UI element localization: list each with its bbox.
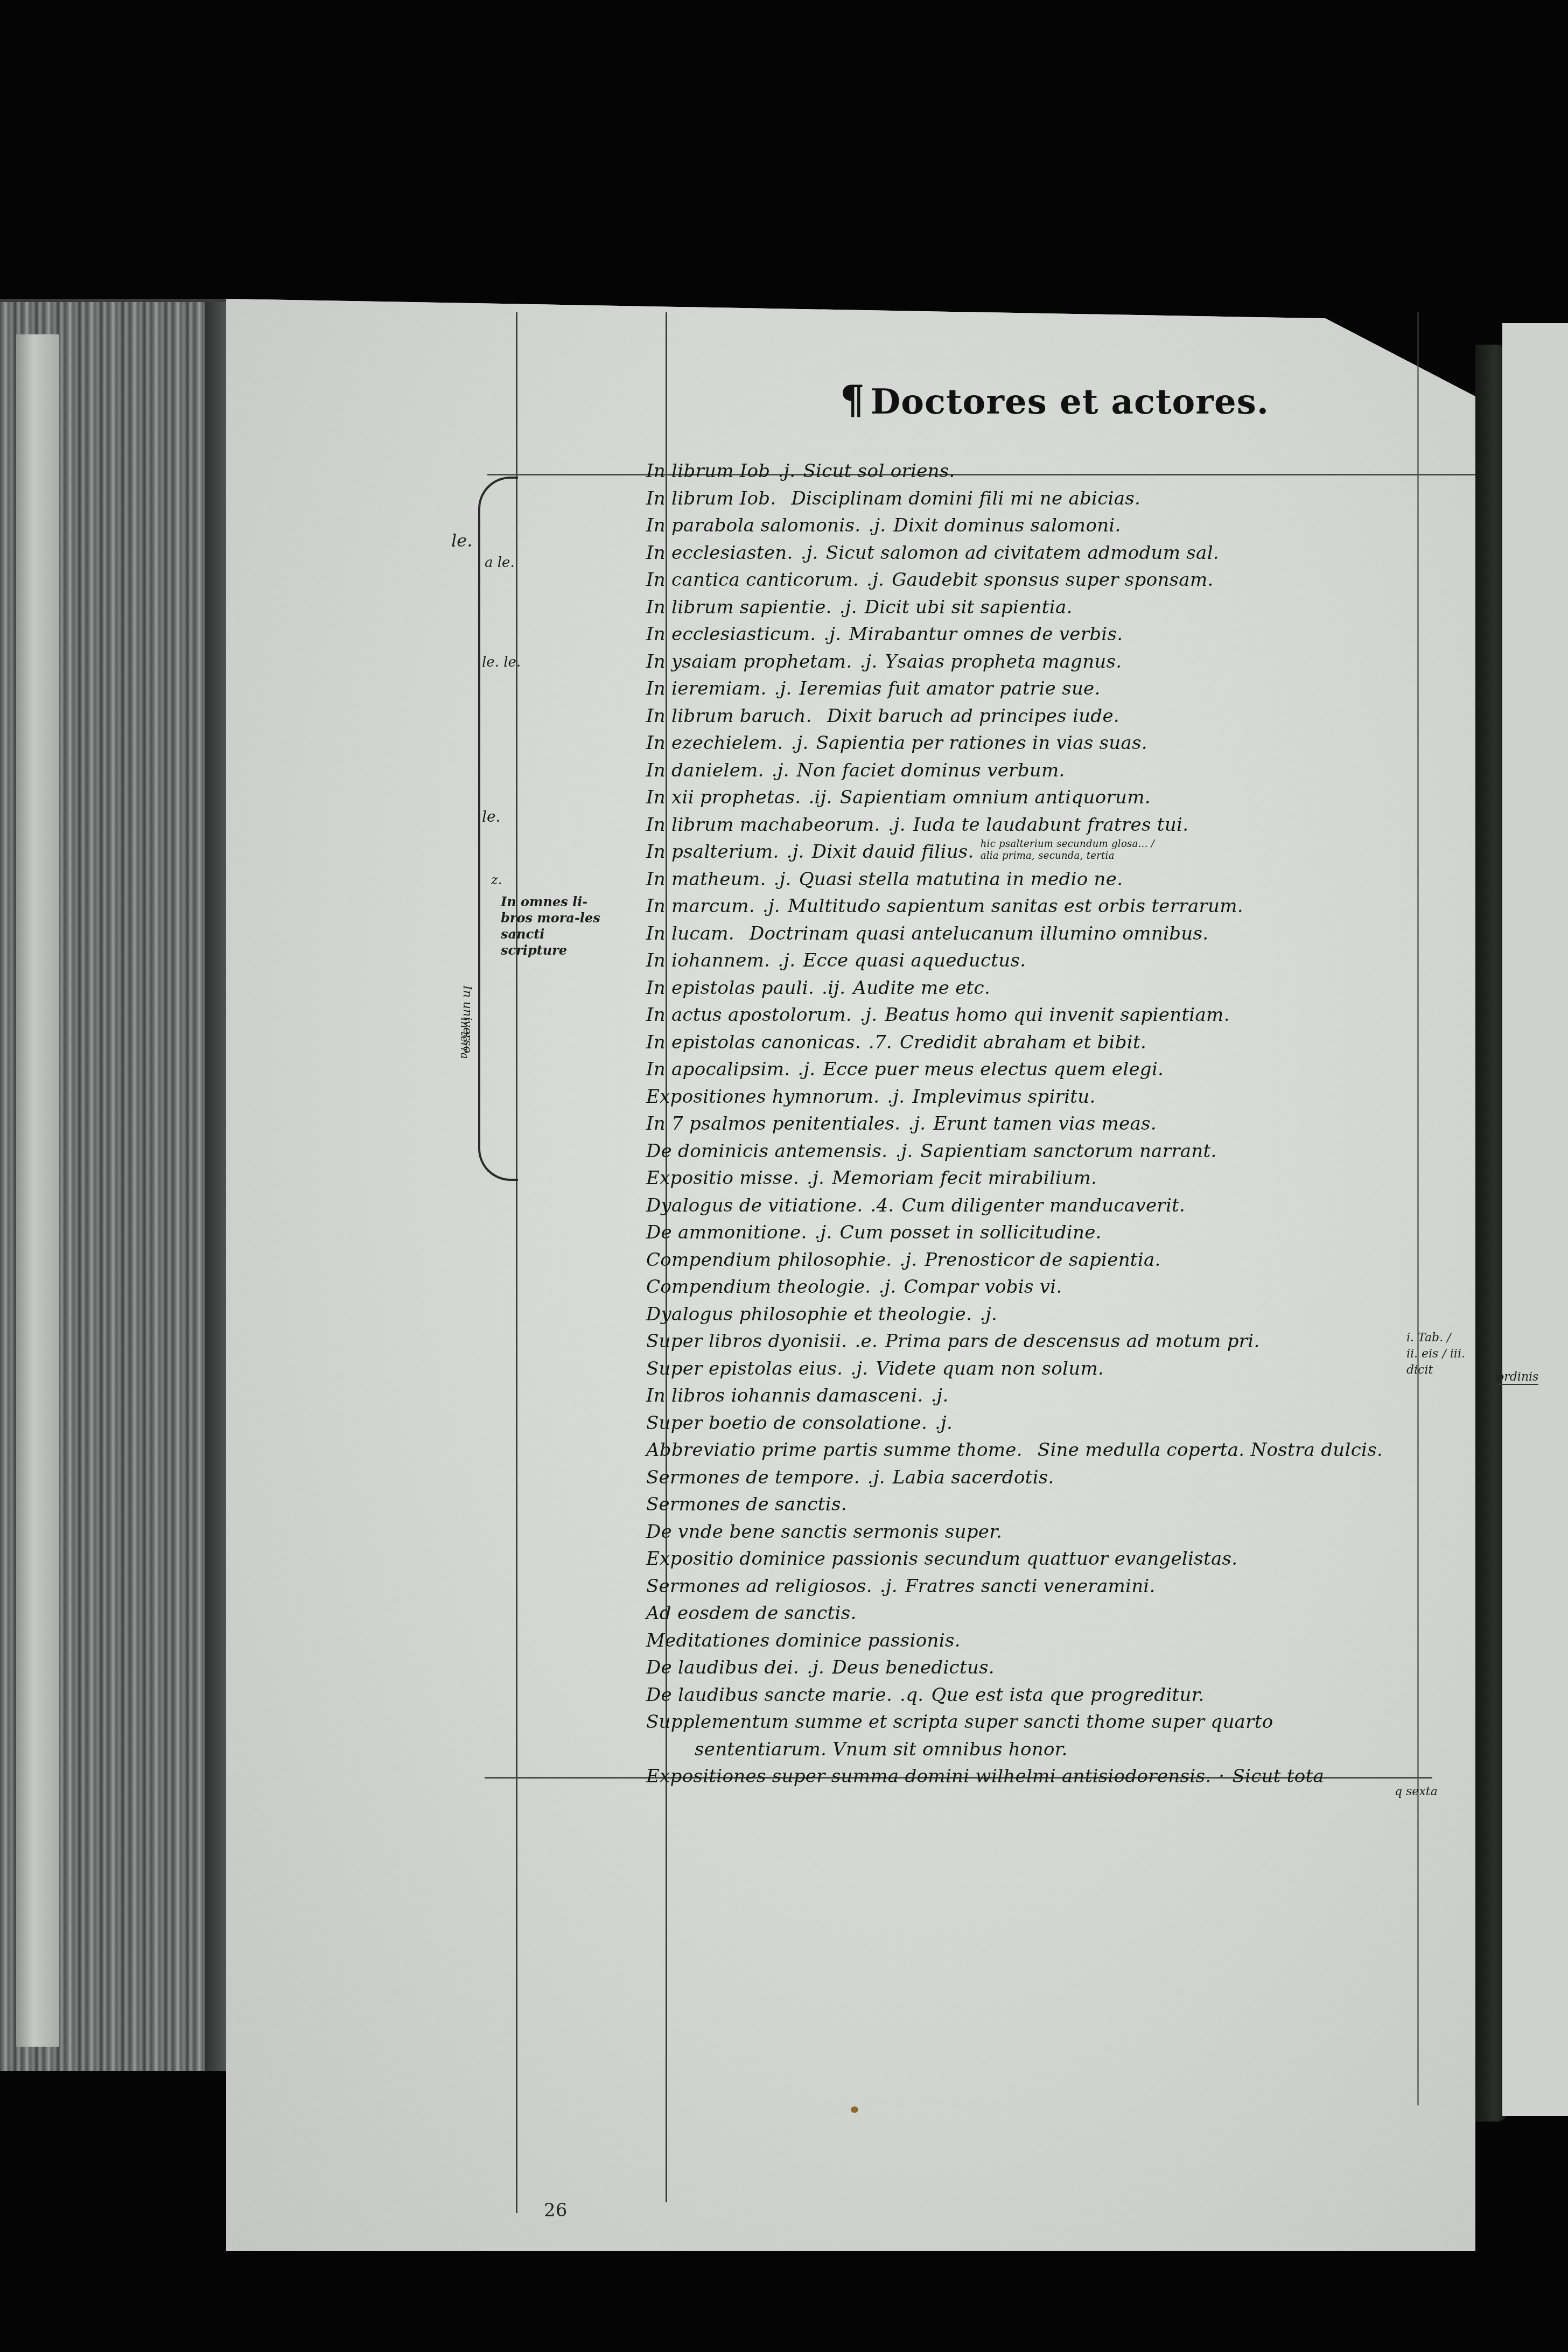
catalog-entry: In librum Iob.j.Sicut sol oriens. [646,458,1422,485]
interlinear-gloss: hic psalterium secundum glosa... / alia … [981,838,1174,862]
catalog-entry: Expositiones hymnorum..j.Implevimus spir… [646,1083,1422,1111]
catalog-entry: Compendium theologie..j.Compar vobis vi. [646,1273,1422,1301]
catalog-entry: Ad eosdem de sanctis. [646,1600,1422,1627]
catalog-entry: In ecclesiasticum..j.Mirabantur omnes de… [646,621,1422,648]
catalog-entry: In actus apostolorum..j.Beatus homo qui … [646,1002,1422,1029]
book-page-edges [0,299,232,2071]
catalog-entry: Sermones de tempore..j.Labia sacerdotis. [646,1464,1422,1492]
margin-note: le. [482,808,500,825]
heading-text: Doctores et actores. [871,382,1269,422]
catalog-entry: In librum machabeorum..j.Iuda te laudabu… [646,811,1422,839]
catalog-entry: In epistolas canonicas..7.Credidit abrah… [646,1029,1422,1056]
page-heading: ¶Doctores et actores. [840,377,1269,423]
catalog-entry: Super boetio de consolatione..j. [646,1410,1422,1437]
catalog-entry: In matheum..j.Quasi stella matutina in m… [646,866,1422,893]
catalog-entry: Super epistolas eius..j.Videte quam non … [646,1355,1422,1383]
catalog-entry: De laudibus dei..j.Deus benedictus. [646,1654,1422,1682]
catalog-entry: Expositiones super summa domini wilhelmi… [646,1763,1422,1790]
facing-leaf [1502,323,1568,2116]
catalog-entries: In librum Iob.j.Sicut sol oriens. In lib… [646,458,1422,1790]
catalog-entry: Meditationes dominice passionis. [646,1627,1422,1655]
margin-note-right: q sexta [1395,1785,1438,1798]
margin-note-right: i. Tab. / ii. eis / iii. dicit [1406,1330,1466,1378]
catalog-entry-continuation: sententiarum. Vnum sit omnibus honor. [646,1736,1422,1763]
catalog-entry: In ecclesiasten..j.Sicut salomon ad civi… [646,540,1422,567]
catalog-entry: In cantica canticorum..j.Gaudebit sponsu… [646,566,1422,594]
catalog-entry: In ezechielem..j.Sapientia per rationes … [646,730,1422,757]
catalog-entry: In epistolas pauli..ij.Audite me etc. [646,975,1422,1002]
margin-bracket [478,477,518,1181]
catalog-entry: In xii prophetas..ij.Sapientiam omnium a… [646,784,1422,811]
catalog-entry: In librum Iob.Disciplinam domini fili mi… [646,485,1422,513]
catalog-entry: Compendium philosophie..j.Prenosticor de… [646,1247,1422,1274]
margin-note-block: In omnes li-bros mora-les sancti scriptu… [501,894,608,958]
catalog-entry: Abbreviatio prime partis summe thome.Sin… [646,1437,1422,1464]
catalog-entry: In 7 psalmos penitentiales..j.Erunt tame… [646,1110,1422,1138]
ink-stain [851,2106,858,2113]
catalog-entry: Expositio misse..j.Memoriam fecit mirabi… [646,1165,1422,1192]
catalog-entry: Expositio dominice passionis secundum qu… [646,1545,1422,1573]
catalog-entry: In librum baruch.Dixit baruch ad princip… [646,703,1422,730]
catalog-entry: In marcum..j.Multitudo sapientum sanitas… [646,893,1422,920]
folio-number: 26 [544,2200,567,2221]
margin-note: z. [491,872,502,887]
catalog-entry: Dyalogus philosophie et theologie..j. [646,1301,1422,1328]
catalog-entry: In apocalipsim..j.Ecce puer meus electus… [646,1056,1422,1083]
catalog-entry: Dyalogus de vitiatione..4.Cum diligenter… [646,1192,1422,1220]
catalog-entry: Sermones ad religiosos..j.Fratres sancti… [646,1573,1422,1600]
pilcrow-icon: ¶ [840,377,865,423]
page-edge-highlight [16,334,59,2047]
catalog-entry: In iohannem..j.Ecce quasi aqueductus. [646,947,1422,975]
catalog-entry: De dominicis antemensis..j.Sapientiam sa… [646,1138,1422,1165]
catalog-entry: Sermones de sanctis. [646,1491,1422,1518]
margin-note: le. [451,530,472,551]
catalog-entry: In parabola salomonis..j.Dixit dominus s… [646,512,1422,540]
catalog-entry: De ammonitione..j.Cum posset in sollicit… [646,1219,1422,1247]
catalog-entry: Supplementum summe et scripta super sanc… [646,1709,1422,1736]
catalog-entry: In psalterium..j.Dixit dauid filius.hic … [646,838,1422,866]
catalog-entry: In lucam.Doctrinam quasi antelucanum ill… [646,920,1422,948]
margin-note: a le. [485,555,515,571]
margin-note-right: ordinis [1497,1370,1538,1385]
catalog-entry: In ysaiam prophetam..j.Ysaias propheta m… [646,648,1422,676]
margin-note-vertical: in terra [458,1018,471,1059]
catalog-entry: De vnde bene sanctis sermonis super. [646,1518,1422,1546]
margin-note: le. le. [482,654,521,670]
catalog-entry: In ieremiam..j.Ieremias fuit amator patr… [646,675,1422,703]
catalog-entry: In libros iohannis damasceni..j. [646,1382,1422,1410]
catalog-entry: De laudibus sancte marie..q.Que est ista… [646,1682,1422,1709]
catalog-entry: In librum sapientie..j.Dicit ubi sit sap… [646,594,1422,621]
catalog-entry: In danielem..j.Non faciet dominus verbum… [646,757,1422,785]
catalog-entry: Super libros dyonisii..e.Prima pars de d… [646,1328,1422,1355]
